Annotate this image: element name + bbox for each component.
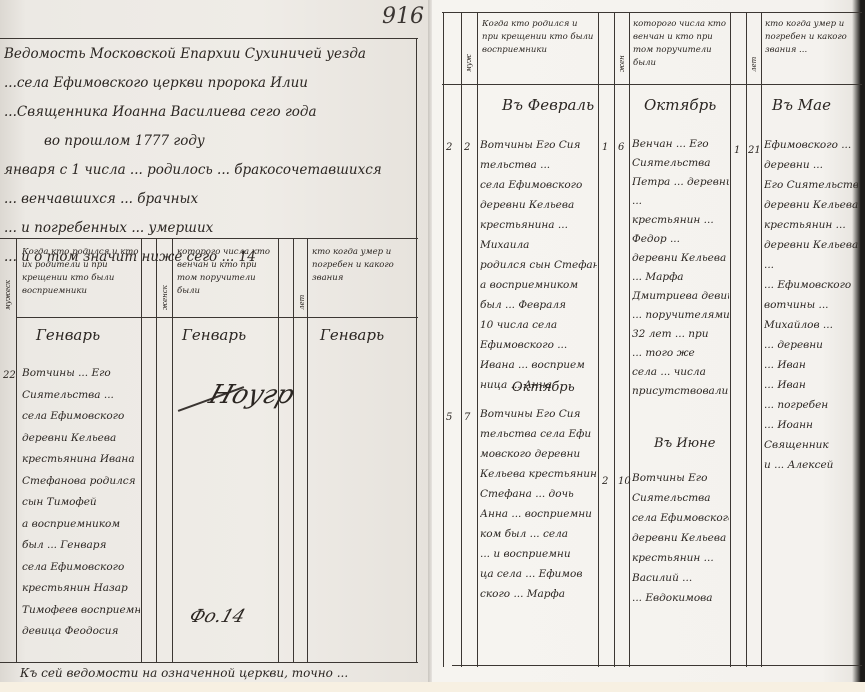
signature: Ноугр bbox=[205, 380, 298, 410]
entry-line: Ефимовского ... bbox=[480, 335, 597, 355]
col-side-label: муж bbox=[465, 22, 473, 72]
entry-line: ... bbox=[632, 192, 729, 211]
entry-line: тельства села Ефи bbox=[480, 424, 597, 444]
entry-line: 10 числа села bbox=[480, 315, 597, 335]
entry-line: крестьянина Ивана bbox=[22, 449, 140, 471]
col-header-marriages: которого числа кто венчан и кто при том … bbox=[177, 246, 277, 298]
col-sep-3 bbox=[172, 238, 173, 662]
entry-line: был ... Генваря bbox=[22, 535, 140, 557]
frame-bottom-rule bbox=[0, 662, 418, 663]
entry-line: ца села ... Ефимов bbox=[480, 564, 597, 584]
month-heading: Въ Мае bbox=[772, 96, 831, 114]
entry-line: ... и восприемни bbox=[480, 544, 597, 564]
entry-line: села Ефимовского bbox=[22, 406, 140, 428]
entry-line: ... того же bbox=[632, 344, 729, 363]
entry-line: Вотчины Его Сия bbox=[480, 135, 597, 155]
entry-line: села ... числа bbox=[632, 363, 729, 382]
entry-line: Вотчины ... Его bbox=[22, 363, 140, 385]
entry-line: ... деревни bbox=[764, 335, 858, 355]
col-sep-4 bbox=[614, 12, 615, 667]
entry-line: Федор ... bbox=[632, 230, 729, 249]
entry-line: родился сын Стефан bbox=[480, 255, 597, 275]
entry-line: крестьянин Назар bbox=[22, 578, 140, 600]
entry-line: Тимофеев восприемница bbox=[22, 600, 140, 622]
entry-line: Сиятельства ... bbox=[22, 385, 140, 407]
marriage-entry: Венчан ... Его Сиятельства Петра ... дер… bbox=[632, 135, 729, 401]
entry-line: Вотчины Его Сия bbox=[480, 404, 597, 424]
entry-line: Стефанова родился bbox=[22, 471, 140, 493]
header-line: ...Священника Иоанна Василиева сего года bbox=[4, 98, 414, 127]
col-sep-1 bbox=[461, 12, 462, 667]
entry-line: Вотчины Его bbox=[632, 468, 729, 488]
entry-row-number: 10 bbox=[618, 476, 631, 487]
col-header-text: Когда кто родился и при крещении кто был… bbox=[482, 19, 593, 55]
scan-bottom-edge bbox=[0, 682, 865, 692]
col-header-births: Когда кто родился и при крещении кто был… bbox=[482, 18, 596, 57]
entry-line: присутствовали bbox=[632, 382, 729, 401]
entry-line: Петра ... деревни bbox=[632, 173, 729, 192]
header-line: января с 1 числа ... родилось ... бракос… bbox=[4, 156, 414, 185]
entry-line: ... bbox=[764, 255, 858, 275]
frame-left-rule bbox=[16, 238, 17, 662]
entry-line: Сиятельства bbox=[632, 488, 729, 508]
col-sep-2 bbox=[477, 12, 478, 667]
folio-number: 916 bbox=[382, 4, 424, 29]
entry-line: сын Тимофей bbox=[22, 492, 140, 514]
entry-row-number: 1 bbox=[602, 142, 608, 153]
entry-line: Стефана ... дочь bbox=[480, 484, 597, 504]
register-header-text: Ведомость Московской Епархии Сухиничей у… bbox=[4, 40, 414, 272]
col-side-label: жен bbox=[618, 22, 626, 72]
signature: Фо.14 bbox=[187, 606, 248, 627]
entry-line: крестьянин ... bbox=[764, 215, 858, 235]
entry-row-number: 2 bbox=[602, 476, 608, 487]
entry-line: а восприемником bbox=[22, 514, 140, 536]
col-header-text: кто когда умер и погребен и какого звани… bbox=[312, 247, 394, 283]
header-line: ...села Ефимовского церкви пророка Илии bbox=[4, 69, 414, 98]
entry-row-number: 2 bbox=[464, 142, 470, 153]
birth-entry: Вотчины Его Сия тельства ... села Ефимов… bbox=[480, 135, 597, 395]
entry-line: девица Феодосия bbox=[22, 621, 140, 643]
col-sep-4 bbox=[278, 238, 279, 662]
entry-line: ... Иоанн bbox=[764, 415, 858, 435]
entry-line: ... Ефимовского bbox=[764, 275, 858, 295]
col-sep-8 bbox=[761, 12, 762, 667]
month-heading: Генварь bbox=[182, 326, 246, 344]
entry-row-number: 5 bbox=[446, 412, 452, 423]
entry-row-number: 1 bbox=[734, 145, 740, 156]
marriage-entry: Вотчины Его Сиятельства села Ефимовского… bbox=[632, 468, 729, 608]
entry-line: был ... Февраля bbox=[480, 295, 597, 315]
entry-line: деревни Кельева bbox=[764, 195, 858, 215]
entry-line: Ивана ... восприем bbox=[480, 355, 597, 375]
entry-line: Его Сиятельства bbox=[764, 175, 858, 195]
death-entry: Ефимовского ... деревни ... Его Сиятельс… bbox=[764, 135, 858, 475]
entry-line: Ефимовского ... bbox=[764, 135, 858, 155]
header-line: ... и погребенных ... умерших bbox=[4, 214, 414, 243]
header-line: Ведомость Московской Епархии Сухиничей у… bbox=[4, 40, 414, 69]
column-header-divider bbox=[16, 317, 418, 318]
entry-line: Михайлов ... bbox=[764, 315, 858, 335]
col-sep-1 bbox=[141, 238, 142, 662]
entry-line: ... погребен bbox=[764, 395, 858, 415]
entry-line: деревни Кельева bbox=[632, 249, 729, 268]
entry-line: ского ... Марфа bbox=[480, 584, 597, 604]
entry-line: села Ефимовского bbox=[480, 175, 597, 195]
col-sep-3 bbox=[598, 12, 599, 667]
col-side-label: мужеск bbox=[4, 250, 12, 310]
entry-line: Кельева крестьянина bbox=[480, 464, 597, 484]
col-sep-6 bbox=[307, 238, 308, 662]
entry-line: крестьянин ... bbox=[632, 211, 729, 230]
entry-line: деревни Кельева bbox=[632, 528, 729, 548]
entry-line: деревни Кельева bbox=[764, 235, 858, 255]
col-header-text: Когда кто родился и кто их родители и пр… bbox=[22, 247, 138, 296]
entry-line: Михаила bbox=[480, 235, 597, 255]
col-sep-2 bbox=[156, 238, 157, 662]
col-sep-0 bbox=[443, 12, 444, 667]
entry-line: а восприемником bbox=[480, 275, 597, 295]
frame-top-rule bbox=[0, 38, 418, 39]
entry-line: Венчан ... Его bbox=[632, 135, 729, 154]
month-heading: Октябрь bbox=[644, 96, 716, 114]
entry-line: ... Марфа bbox=[632, 268, 729, 287]
frame-top-rule bbox=[442, 12, 862, 13]
entry-line: Священник bbox=[764, 435, 858, 455]
entry-line: ... Иван bbox=[764, 375, 858, 395]
month-heading: Октябрь bbox=[512, 380, 575, 395]
month-heading: Въ Июне bbox=[654, 436, 715, 451]
entry-line: тельства ... bbox=[480, 155, 597, 175]
entry-line: ... поручителями bbox=[632, 306, 729, 325]
col-header-text: кто когда умер и погребен и какого звани… bbox=[765, 19, 847, 55]
col-sep-5 bbox=[293, 238, 294, 662]
entry-line: деревни Кельева bbox=[480, 195, 597, 215]
entry-row-number: 2 bbox=[446, 142, 452, 153]
col-sep-6 bbox=[730, 12, 731, 667]
col-header-marriages: которого числа кто венчан и кто при том … bbox=[633, 18, 729, 70]
entry-line: Дмитриева девица bbox=[632, 287, 729, 306]
column-header-divider bbox=[442, 84, 862, 85]
entry-line: вотчины ... bbox=[764, 295, 858, 315]
col-header-deaths: кто когда умер и погребен и какого звани… bbox=[312, 246, 416, 285]
entry-line: села Ефимовского bbox=[632, 508, 729, 528]
footer-note: Къ сей ведомости на означенной церкви, т… bbox=[20, 666, 348, 680]
col-header-text: которого числа кто венчан и кто при том … bbox=[177, 247, 270, 296]
entry-line: и ... Алексей bbox=[764, 455, 858, 475]
col-sep-7 bbox=[746, 12, 747, 667]
entry-line: деревни ... bbox=[764, 155, 858, 175]
entry-line: деревни Кельева bbox=[22, 428, 140, 450]
col-sep-5 bbox=[629, 12, 630, 667]
col-side-label: лет bbox=[750, 22, 758, 72]
col-header-deaths: кто когда умер и погребен и какого звани… bbox=[765, 18, 859, 57]
entry-line: села Ефимовского bbox=[22, 557, 140, 579]
entry-row-number: 22 bbox=[3, 370, 16, 381]
entry-line: ... Иван bbox=[764, 355, 858, 375]
entry-line: мовского деревни bbox=[480, 444, 597, 464]
frame-right-rule bbox=[416, 38, 417, 662]
right-page: муж Когда кто родился и при крещении кто… bbox=[432, 0, 865, 692]
header-line: ... венчавшихся ... брачных bbox=[4, 185, 414, 214]
entry-row-number: 21 bbox=[748, 145, 761, 156]
entry-line: Василий ... bbox=[632, 568, 729, 588]
col-header-births: Когда кто родился и кто их родители и пр… bbox=[22, 246, 140, 298]
month-heading: Генварь bbox=[320, 326, 384, 344]
frame-bottom-rule bbox=[452, 665, 862, 666]
entry-line: крестьянин ... bbox=[632, 548, 729, 568]
entry-line: крестьянина ... bbox=[480, 215, 597, 235]
entry-line: ком был ... села bbox=[480, 524, 597, 544]
col-side-label: женск bbox=[161, 250, 169, 310]
month-heading: Генварь bbox=[36, 326, 100, 344]
entry-line: ... Евдокимова bbox=[632, 588, 729, 608]
left-page: 916 Ведомость Московской Епархии Сухинич… bbox=[0, 0, 432, 692]
header-line: во прошлом 1777 году bbox=[4, 127, 414, 156]
entry-row-number: 6 bbox=[618, 142, 624, 153]
col-header-text: которого числа кто венчан и кто при том … bbox=[633, 19, 726, 68]
entry-line: Анна ... восприемни bbox=[480, 504, 597, 524]
month-heading: Въ Февраль bbox=[502, 96, 594, 114]
entry-line: 32 лет ... при bbox=[632, 325, 729, 344]
birth-entry: Вотчины ... Его Сиятельства ... села Ефи… bbox=[22, 363, 140, 643]
entry-row-number: 7 bbox=[464, 412, 470, 423]
entry-line: Сиятельства bbox=[632, 154, 729, 173]
birth-entry: Вотчины Его Сия тельства села Ефи мовско… bbox=[480, 404, 597, 604]
col-side-label: лет bbox=[298, 250, 306, 310]
